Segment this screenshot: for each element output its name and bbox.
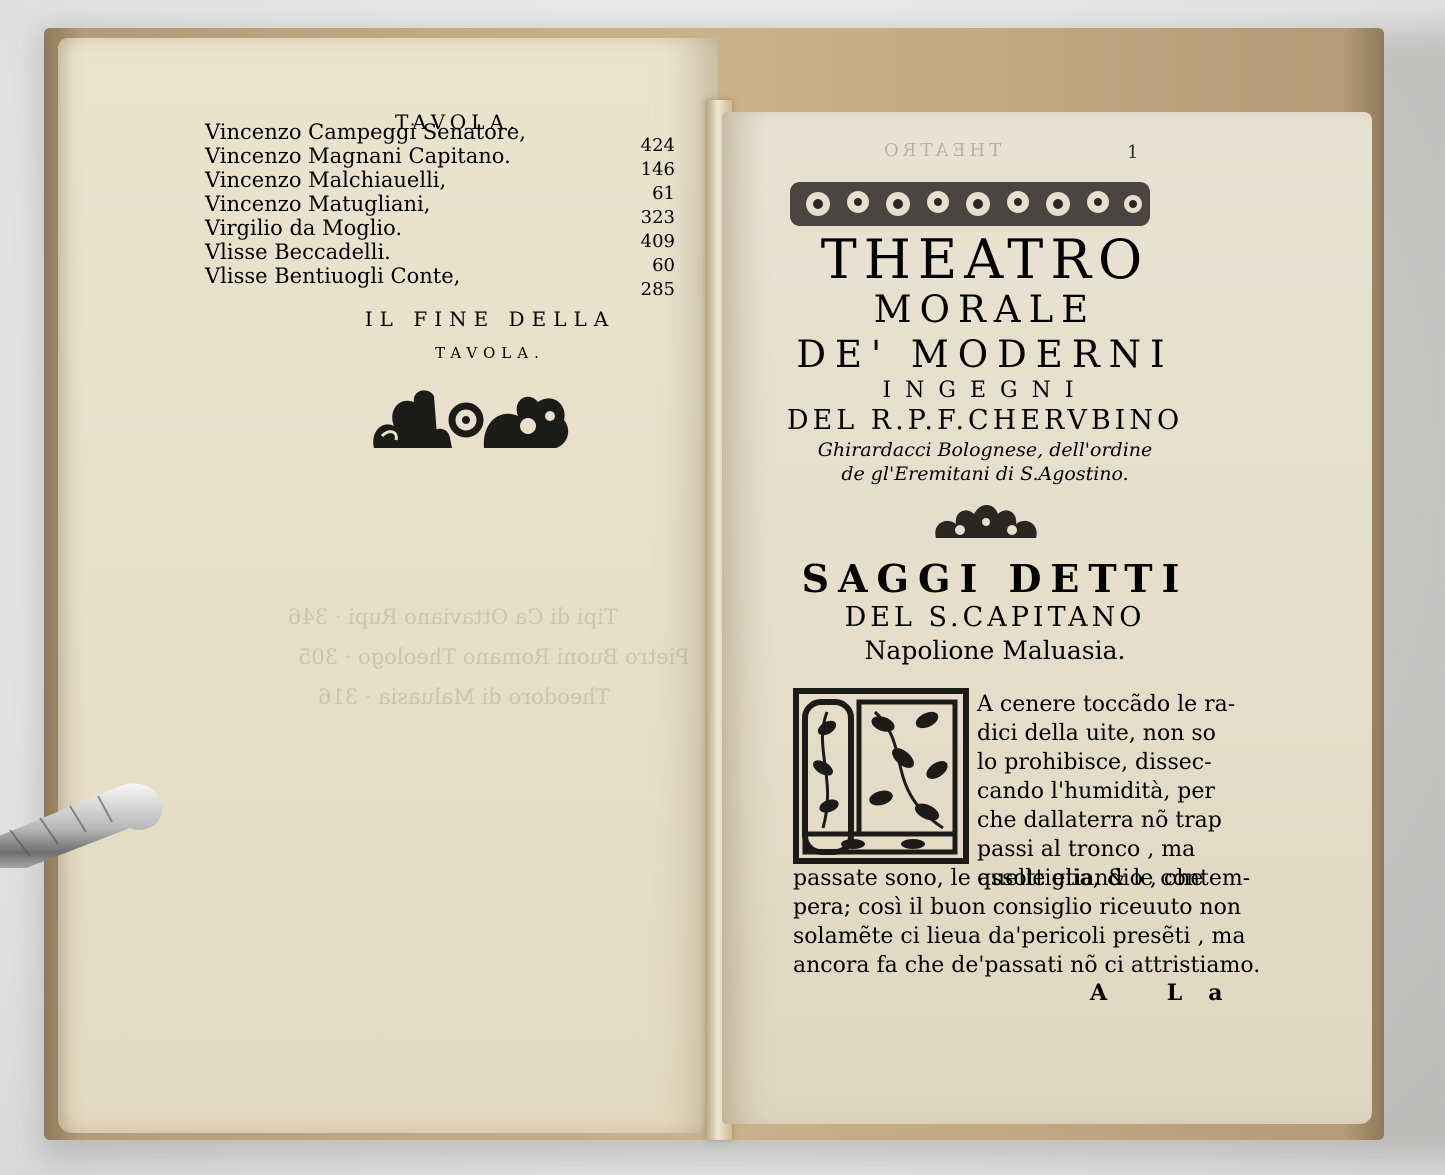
author-detail: de gl'Eremitani di S.Agostino. bbox=[770, 462, 1200, 486]
section-heading: SAGGI DETTI DEL S.CAPITANO Napolione Mal… bbox=[770, 556, 1220, 668]
index-entry: Vlisse Bentiuogli Conte,285 bbox=[205, 264, 675, 288]
index-page: 146 bbox=[641, 158, 675, 168]
text-line: pera; così il buon consiglio riceuuto no… bbox=[793, 893, 1243, 922]
text-line: passi al tronco , ma bbox=[977, 835, 1239, 864]
text-line: passate sono, le assottiglia, & le conte… bbox=[793, 864, 1243, 893]
woodcut-ornament-icon bbox=[368, 382, 573, 454]
index-name: Virgilio da Moglio. bbox=[205, 216, 402, 240]
index-name: Vincenzo Campeggi Senatore, bbox=[205, 120, 526, 144]
fleuron-ornament-icon bbox=[932, 500, 1040, 544]
index-page: 409 bbox=[641, 230, 675, 240]
decorated-initial-icon bbox=[793, 688, 969, 864]
end-of-table-heading: IL FINE DELLA TAVOLA. bbox=[300, 302, 680, 370]
author-line: DEL R.P.F.CHERVBINO bbox=[770, 404, 1200, 438]
text-line: lo prohibisce, dissec- bbox=[977, 748, 1239, 777]
text-line: A cenere toccãdo le ra- bbox=[977, 690, 1239, 719]
index-entry: Vincenzo Matugliani,323 bbox=[205, 192, 675, 216]
index-entry: Vlisse Beccadelli.60 bbox=[205, 240, 675, 264]
author-detail: Ghirardacci Bolognese, dell'ordine bbox=[770, 438, 1200, 462]
closing-line: TAVOLA. bbox=[300, 336, 680, 370]
index-entry: Vincenzo Magnani Capitano.146 bbox=[205, 144, 675, 168]
book-title: THEATRO bbox=[770, 232, 1200, 288]
text-line: che dallaterra nõ trap bbox=[977, 806, 1239, 835]
section-subject: Napolione Maluasia. bbox=[770, 634, 1220, 668]
index-page: 60 bbox=[652, 254, 675, 264]
index-name: Vlisse Bentiuogli Conte, bbox=[205, 264, 460, 288]
index-entry: Vincenzo Malchiauelli,61 bbox=[205, 168, 675, 192]
headpiece-ornament-icon bbox=[788, 178, 1152, 230]
index-name: Vincenzo Malchiauelli, bbox=[205, 168, 446, 192]
text-line: cando l'humidità, per bbox=[977, 777, 1239, 806]
index-name: Vincenzo Matugliani, bbox=[205, 192, 430, 216]
index-page: 424 bbox=[641, 134, 675, 144]
index-entry: Vincenzo Campeggi Senatore,424 bbox=[205, 120, 675, 144]
show-through-text: Tipi di Ca Ottaviano Rupi · 346 bbox=[288, 598, 618, 636]
index-name: Vincenzo Magnani Capitano. bbox=[205, 144, 511, 168]
text-line: ancora fa che de'passati nõ ci attristia… bbox=[793, 951, 1243, 980]
title-block: THEATRO MORALE DE' MODERNI INGEGNI DEL R… bbox=[770, 232, 1200, 486]
index-list: Vincenzo Campeggi Senatore,424 Vincenzo … bbox=[205, 120, 675, 288]
page-number: 1 bbox=[1127, 142, 1138, 163]
section-subtitle: DEL S.CAPITANO bbox=[770, 602, 1220, 634]
index-page: 285 bbox=[641, 278, 675, 288]
show-through-text: Theodoro di Maluasia · 316 bbox=[318, 678, 610, 716]
book-title-line: INGEGNI bbox=[770, 378, 1200, 404]
section-title: SAGGI DETTI bbox=[770, 556, 1220, 602]
book-title-line: DE' MODERNI bbox=[770, 332, 1200, 378]
book-title-line: MORALE bbox=[770, 288, 1200, 332]
running-head-show-through: THEATRO bbox=[880, 140, 1001, 161]
index-page: 323 bbox=[641, 206, 675, 216]
text-line: solamẽte ci lieua da'pericoli presẽti , … bbox=[793, 922, 1243, 951]
silver-bookmark-icon bbox=[0, 778, 170, 868]
text-line: dici della uite, non so bbox=[977, 719, 1239, 748]
index-name: Vlisse Beccadelli. bbox=[205, 240, 391, 264]
photo-scene: Tipi di Ca Ottaviano Rupi · 346 Pietro B… bbox=[0, 0, 1445, 1175]
body-text-beside-initial: A cenere toccãdo le ra- dici della uite,… bbox=[977, 690, 1239, 893]
closing-line: IL FINE DELLA bbox=[300, 302, 680, 336]
index-page: 61 bbox=[652, 182, 675, 192]
body-text-full-width: passate sono, le assottiglia, & le conte… bbox=[793, 864, 1243, 980]
index-entry: Virgilio da Moglio.409 bbox=[205, 216, 675, 240]
show-through-text: Pietro Buoni Romano Theologo · 305 bbox=[298, 638, 689, 676]
catchword: A La bbox=[1090, 980, 1248, 1006]
